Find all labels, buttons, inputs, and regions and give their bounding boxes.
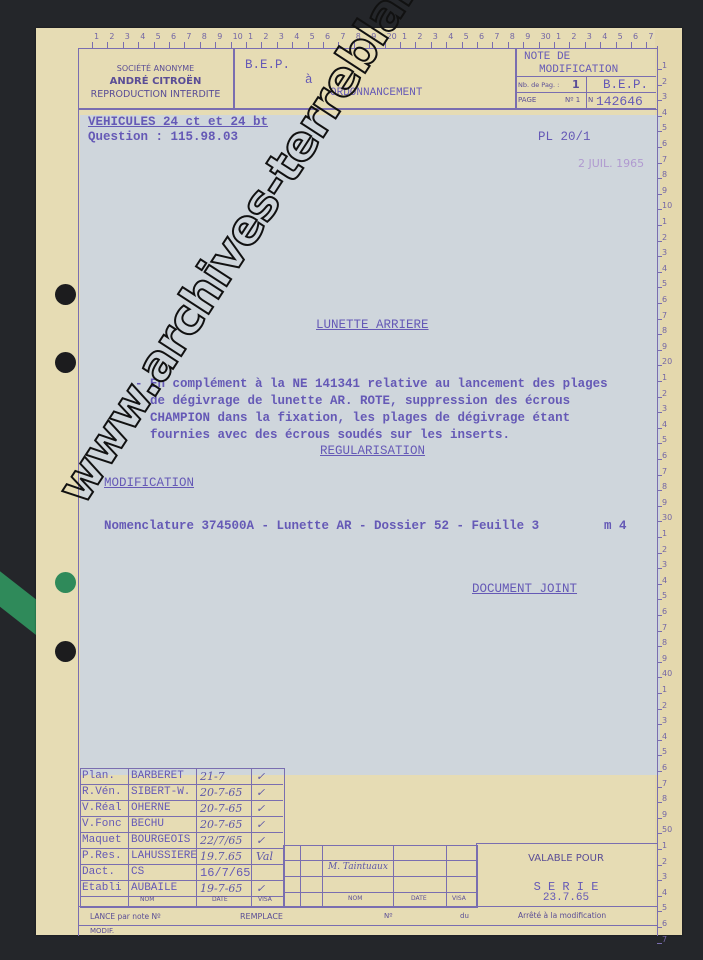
ruler-tick	[657, 771, 662, 772]
nb-pages-value: 1	[572, 78, 580, 91]
ruler-tick	[657, 896, 662, 897]
ruler-tick-label: 5	[662, 903, 667, 912]
ruler-tick-label: 2	[662, 389, 667, 398]
ruler-tick-label: 7	[662, 779, 667, 788]
ruler-tick-label: 6	[633, 32, 638, 41]
modif-label: MODIF.	[90, 927, 114, 935]
ruler-tick-label: 10	[233, 32, 243, 41]
ruler-tick	[657, 334, 662, 335]
serie-date: 23.7.65	[476, 892, 656, 904]
ruler-tick-label: 4	[448, 32, 453, 41]
ruler-tick-label: 4	[662, 420, 667, 429]
nomenclature-line: Nomenclature 374500A - Lunette AR - Doss…	[104, 519, 539, 533]
footer-mid-line	[78, 925, 657, 926]
ruler-tick-label: 5	[464, 32, 469, 41]
ruler-tick	[657, 677, 662, 678]
ruler-tick-label: 7	[648, 32, 653, 41]
question-line: Question : 115.98.03	[88, 130, 238, 144]
ruler-tick	[657, 443, 662, 444]
ruler-tick	[657, 459, 662, 460]
punch-hole	[55, 641, 76, 662]
ruler-tick-label: 8	[662, 326, 667, 335]
approval-handwritten-name: M. Taintuaux	[328, 862, 388, 872]
col-visa-2-label: VISA	[452, 895, 466, 902]
note-dept: B.E.P.	[603, 78, 648, 92]
ruler-tick-label: 8	[662, 794, 667, 803]
ruler-tick-label: 6	[325, 32, 330, 41]
ruler-tick-label: 3	[587, 32, 592, 41]
signature-row-line	[80, 896, 283, 897]
signature-visa: Val	[256, 850, 273, 863]
signature-date: 19.7.65	[200, 850, 242, 863]
ruler-tick-label: 5	[156, 32, 161, 41]
signature-col-line	[251, 768, 252, 906]
ruler-tick	[657, 506, 662, 507]
ruler-tick-label: 2	[263, 32, 268, 41]
ruler-tick	[657, 319, 662, 320]
ruler-tick-label: 40	[662, 669, 672, 678]
ruler-tick	[657, 646, 662, 647]
ruler-tick-label: 9	[662, 186, 667, 195]
company-line3: REPRODUCTION INTERDITE	[78, 89, 233, 100]
signature-visa: ✓	[256, 834, 265, 847]
ruler-tick	[657, 490, 662, 491]
ruler-tick-label: 4	[662, 264, 667, 273]
ruler-tick-label: 7	[494, 32, 499, 41]
signature-row-line	[80, 800, 283, 801]
ruler-tick-label: 3	[279, 32, 284, 41]
ruler-tick-label: 3	[662, 404, 667, 413]
ruler-tick-label: 1	[662, 217, 667, 226]
ruler-tick-label: 6	[662, 607, 667, 616]
ruler-tick-label: 3	[662, 872, 667, 881]
ruler-tick	[657, 740, 662, 741]
ruler-tick-label: 2	[662, 77, 667, 86]
header-bottom-line	[78, 108, 656, 109]
ruler-tick	[657, 615, 662, 616]
ruler-tick-label: 9	[525, 32, 530, 41]
col-date-2-label: DATE	[411, 895, 427, 902]
ruler-tick	[657, 943, 662, 944]
signature-role: P.Res.	[82, 850, 122, 862]
signature-visa: ✓	[256, 786, 265, 799]
ruler-tick	[657, 927, 662, 928]
ruler-tick	[657, 787, 662, 788]
ruler-tick-label: 6	[662, 451, 667, 460]
signature-name: LAHUSSIERE	[131, 850, 197, 862]
document-joint: DOCUMENT JOINT	[472, 582, 577, 596]
ruler-tick	[657, 178, 662, 179]
note-title-2: MODIFICATION	[539, 64, 618, 76]
signature-visa: ✓	[256, 818, 265, 831]
note-title-1: NOTE DE	[524, 51, 570, 63]
ruler-tick-label: 9	[662, 810, 667, 819]
ruler-tick-label: 1	[248, 32, 253, 41]
paragraph-line: fournies avec des écrous soudés sur les …	[150, 428, 510, 442]
arrete-label: Arrêté à la modification	[518, 911, 606, 920]
note-number-prefix: N	[588, 96, 593, 104]
signature-role: V.Réal	[82, 802, 122, 814]
col-nom-label: NOM	[140, 896, 154, 903]
signature-name: BOURGEOIS	[131, 834, 190, 846]
ruler-tick-label: 8	[202, 32, 207, 41]
ruler-tick-label: 6	[479, 32, 484, 41]
ruler-tick-label: 30	[662, 513, 672, 522]
ruler-tick-label: 6	[662, 139, 667, 148]
paragraph-line: de dégivrage de lunette AR. ROTE, suppre…	[150, 394, 570, 408]
ruler-tick	[657, 568, 662, 569]
ruler-tick-label: 1	[556, 32, 561, 41]
signature-name: BECHU	[131, 818, 164, 830]
signature-date: 20-7-65	[200, 818, 242, 831]
ruler-tick-label: 6	[171, 32, 176, 41]
ruler-tick	[657, 412, 662, 413]
ruler-tick-label: 3	[125, 32, 130, 41]
signature-row-line	[80, 848, 283, 849]
ruler-tick	[657, 303, 662, 304]
signature-row-line	[80, 816, 283, 817]
ruler-tick-label: 2	[662, 701, 667, 710]
signature-row-line	[80, 784, 283, 785]
page-number: Nº 1	[565, 96, 580, 104]
ruler-tick	[657, 662, 662, 663]
ruler-tick-label: 5	[662, 279, 667, 288]
signature-visa: ✓	[256, 802, 265, 815]
signature-name: CS	[131, 866, 144, 878]
ruler-tick-label: 20	[662, 357, 672, 366]
signature-col-line	[128, 768, 129, 906]
approval-row-line	[283, 892, 476, 893]
signature-visa: ✓	[256, 882, 265, 895]
ruler-tick	[657, 553, 662, 554]
ruler-tick-label: 3	[662, 248, 667, 257]
ruler-tick-label: 1	[662, 685, 667, 694]
signature-role: Dact.	[82, 866, 115, 878]
ruler-tick-label: 2	[571, 32, 576, 41]
signature-row-line	[80, 864, 283, 865]
ruler-tick-label: 5	[662, 435, 667, 444]
ruler-tick-label: 7	[662, 155, 667, 164]
ruler-tick	[657, 818, 662, 819]
ruler-tick-label: 3	[662, 716, 667, 725]
ruler-tick-label: 2	[662, 857, 667, 866]
footer-top-line	[78, 906, 657, 907]
nomenclature-suffix: m 4	[604, 519, 627, 533]
right-ruler: 1234567891012345678920123456789301234567…	[656, 46, 682, 936]
ruler-tick-label: 4	[662, 108, 667, 117]
ruler-tick-label: 30	[541, 32, 551, 41]
ruler-tick-label: 1	[94, 32, 99, 41]
paragraph-line: - En complément à la NE 141341 relative …	[135, 377, 608, 391]
number-label: Nº	[384, 912, 393, 920]
ruler-tick-label: 1	[662, 529, 667, 538]
ruler-tick	[657, 865, 662, 866]
ruler-tick-label: 50	[662, 825, 672, 834]
ruler-tick	[657, 833, 662, 834]
ruler-tick-label: 9	[217, 32, 222, 41]
ruler-tick-label: 9	[662, 654, 667, 663]
ruler-tick	[657, 381, 662, 382]
ruler-tick-label: 3	[433, 32, 438, 41]
signature-date: 21-7	[200, 770, 225, 783]
vehicles-line: VEHICULES 24 ct et 24 bt	[88, 115, 268, 129]
ruler-tick-label: 2	[662, 233, 667, 242]
ruler-tick-label: 9	[662, 498, 667, 507]
ruler-tick-label: 7	[186, 32, 191, 41]
signature-row-line	[80, 832, 283, 833]
ruler-tick	[657, 724, 662, 725]
ruler-tick-label: 2	[417, 32, 422, 41]
ruler-tick-label: 1	[662, 61, 667, 70]
ruler-tick	[657, 755, 662, 756]
ruler-tick-label: 8	[662, 482, 667, 491]
ruler-tick-label: 5	[618, 32, 623, 41]
ruler-tick-label: 1	[662, 841, 667, 850]
col-nom-2-label: NOM	[348, 895, 362, 902]
ruler-tick-label: 9	[662, 342, 667, 351]
ruler-tick-label: 7	[662, 311, 667, 320]
valid-box-top	[476, 843, 657, 844]
ruler-tick	[657, 475, 662, 476]
ruler-tick-label: 8	[662, 638, 667, 647]
ruler-tick-label: 4	[140, 32, 145, 41]
signature-date: 19-7-65	[200, 882, 242, 895]
signature-name: SIBERT-W.	[131, 786, 190, 798]
ruler-tick-label: 3	[662, 560, 667, 569]
ruler-tick	[657, 163, 662, 164]
ruler-tick-label: 4	[662, 888, 667, 897]
valid-label: VALABLE POUR	[476, 853, 656, 864]
ruler-tick	[657, 397, 662, 398]
ruler-tick	[657, 287, 662, 288]
modification-heading: MODIFICATION	[104, 476, 194, 490]
ruler-tick	[657, 116, 662, 117]
ruler-tick-label: 6	[662, 763, 667, 772]
page-label: PAGE	[518, 96, 536, 104]
approval-row-line	[283, 860, 476, 861]
ruler-tick-label: 7	[662, 467, 667, 476]
ruler-tick	[657, 849, 662, 850]
ruler-tick	[657, 802, 662, 803]
from-dept: B.E.P.	[245, 58, 290, 72]
ruler-tick	[657, 131, 662, 132]
signature-col-line	[196, 768, 197, 906]
signature-name: BARBERET	[131, 770, 184, 782]
signature-role: Maquet	[82, 834, 122, 846]
col-date-label: DATE	[212, 896, 228, 903]
ruler-tick	[657, 428, 662, 429]
du-label: du	[460, 912, 469, 920]
ruler-tick-label: 5	[310, 32, 315, 41]
signature-role: V.Fonc	[82, 818, 122, 830]
ruler-tick	[657, 709, 662, 710]
ruler-tick	[657, 599, 662, 600]
col-visa-label: VISA	[258, 896, 272, 903]
ruler-tick-label: 6	[662, 295, 667, 304]
ruler-tick-label: 4	[662, 732, 667, 741]
ruler-tick-label: 7	[662, 623, 667, 632]
ruler-tick	[657, 537, 662, 538]
signature-date: 20-7-65	[200, 786, 242, 799]
signature-date: 20-7-65	[200, 802, 242, 815]
ruler-tick	[657, 693, 662, 694]
lance-label: LANCE par note Nº	[90, 912, 161, 921]
ruler-tick-label: 5	[662, 123, 667, 132]
punch-hole	[55, 352, 76, 373]
ruler-tick	[657, 350, 662, 351]
ruler-tick-label: 1	[662, 373, 667, 382]
ruler-tick-label: 4	[294, 32, 299, 41]
approval-row-line	[283, 876, 476, 877]
signature-role: Plan.	[82, 770, 115, 782]
ruler-tick	[657, 272, 662, 273]
ruler-tick	[657, 256, 662, 257]
body-title: LUNETTE ARRIERE	[316, 318, 429, 332]
note-box-divider	[586, 76, 587, 108]
remplace-label: REMPLACE	[240, 912, 283, 921]
ruler-tick	[657, 521, 662, 522]
ruler-tick	[657, 147, 662, 148]
ruler-tick-label: 5	[662, 747, 667, 756]
received-stamp: 2 JUIL. 1965	[578, 157, 644, 170]
ruler-tick-label: 6	[662, 919, 667, 928]
ruler-tick	[657, 631, 662, 632]
ruler-tick-label: 2	[109, 32, 114, 41]
signature-name: OHERNE	[131, 802, 171, 814]
company-line1: SOCIÉTÉ ANONYME	[78, 64, 233, 73]
ruler-tick	[657, 209, 662, 210]
ruler-tick	[657, 911, 662, 912]
note-number: 142646	[596, 94, 643, 109]
ruler-tick	[657, 194, 662, 195]
company-name: ANDRÉ CITROËN	[78, 76, 233, 87]
signature-row-line	[80, 880, 283, 881]
ruler-tick-label: 8	[510, 32, 515, 41]
signature-role: R.Vén.	[82, 786, 122, 798]
ruler-tick	[657, 241, 662, 242]
ruler-tick	[657, 880, 662, 881]
pl-reference: PL 20/1	[538, 130, 591, 144]
ruler-tick	[657, 365, 662, 366]
ruler-tick-label: 4	[602, 32, 607, 41]
punch-hole	[55, 284, 76, 305]
signature-name: AUBAILE	[131, 882, 177, 894]
signature-visa: ✓	[256, 770, 265, 783]
ruler-tick-label: 2	[662, 545, 667, 554]
punch-hole	[55, 572, 76, 593]
signature-role: Etabli	[82, 882, 122, 894]
paragraph-line: CHAMPION dans la fixation, les plages de…	[150, 411, 570, 425]
ruler-tick-label: 7	[662, 935, 667, 944]
signature-date: 16/7/65	[200, 866, 250, 880]
ruler-tick	[657, 225, 662, 226]
nb-pages-label: Nb. de Pag. :	[518, 81, 559, 89]
signature-date: 22/7/65	[200, 834, 242, 847]
ruler-tick-label: 10	[662, 201, 672, 210]
ruler-tick-label: 4	[662, 576, 667, 585]
ruler-tick	[657, 584, 662, 585]
ruler-tick-label: 3	[662, 92, 667, 101]
ruler-tick-label: 5	[662, 591, 667, 600]
ruler-tick-label: 8	[662, 170, 667, 179]
regularisation-heading: REGULARISATION	[320, 444, 425, 458]
